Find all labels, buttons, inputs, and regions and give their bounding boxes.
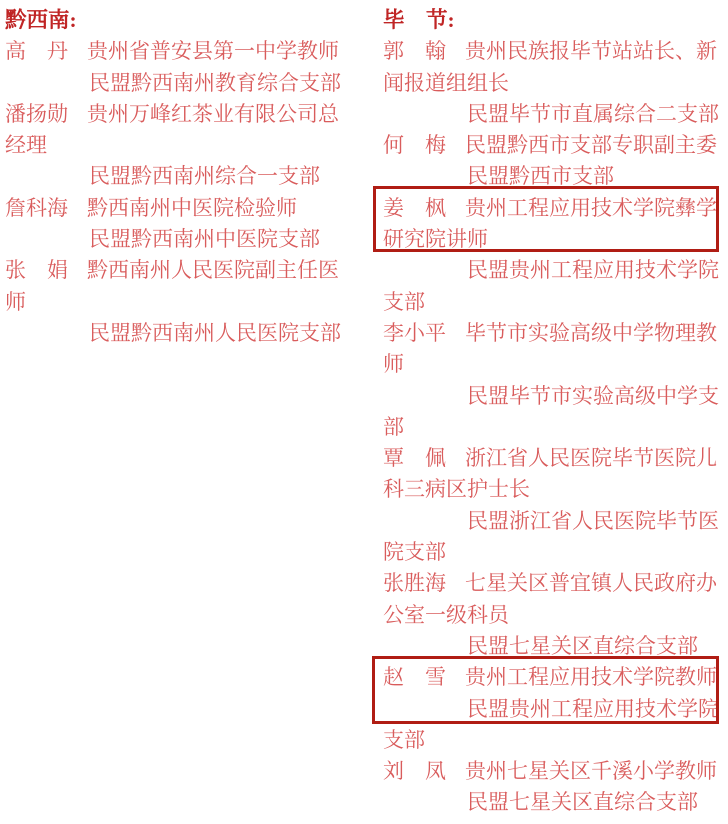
member-name: 姜 枫 <box>383 193 465 224</box>
continuation-line: 部 <box>383 412 728 443</box>
affiliation-line: 民盟七星关区直综合支部 <box>383 787 728 818</box>
entry-row: 詹科海黔西南州中医院检验师 <box>5 193 365 224</box>
entry-row-highlighted: 赵 雪贵州工程应用技术学院教师 <box>383 662 728 693</box>
continuation-line: 经理 <box>5 130 365 161</box>
affiliation-line: 民盟毕节市直属综合二支部 <box>383 99 728 130</box>
affiliation-line: 民盟贵州工程应用技术学院 <box>383 255 728 286</box>
member-position: 贵州省普安县第一中学教师 <box>87 39 339 63</box>
member-name: 赵 雪 <box>383 662 465 693</box>
affiliation-line: 民盟黔西南州中医院支部 <box>5 224 365 255</box>
continuation-line: 支部 <box>383 725 728 756</box>
member-name: 何 梅 <box>383 130 465 161</box>
entry-row: 李小平毕节市实验高级中学物理教 <box>383 318 728 349</box>
affiliation-line: 民盟贵州工程应用技术学院 <box>383 694 728 725</box>
continuation-line: 科三病区护士长 <box>383 474 728 505</box>
document-page: 黔西南: 高 丹贵州省普安县第一中学教师 民盟黔西南州教育综合支部 潘扬勋贵州万… <box>0 0 728 824</box>
member-position: 贵州民族报毕节站站长、新 <box>465 39 717 63</box>
section-bijie: 毕 节: 郭 翰贵州民族报毕节站站长、新 闻报道组组长 民盟毕节市直属综合二支部… <box>383 5 728 819</box>
affiliation-line: 民盟黔西市支部 <box>383 161 728 192</box>
section-qianxinan: 黔西南: 高 丹贵州省普安县第一中学教师 民盟黔西南州教育综合支部 潘扬勋贵州万… <box>5 5 365 349</box>
entry-row: 潘扬勋贵州万峰红茶业有限公司总 <box>5 99 365 130</box>
member-position: 贵州万峰红茶业有限公司总 <box>87 102 339 126</box>
affiliation-line: 民盟浙江省人民医院毕节医 <box>383 506 728 537</box>
section-header-bijie: 毕 节: <box>383 5 728 36</box>
affiliation-line: 民盟毕节市实验高级中学支 <box>383 381 728 412</box>
member-position: 浙江省人民医院毕节医院儿 <box>465 446 717 470</box>
member-position: 贵州工程应用技术学院教师 <box>465 665 717 689</box>
member-name: 刘 凤 <box>383 756 465 787</box>
continuation-line: 支部 <box>383 287 728 318</box>
entry-row: 刘 凤贵州七星关区千溪小学教师 <box>383 756 728 787</box>
continuation-line: 师 <box>5 287 365 318</box>
affiliation-line: 民盟黔西南州人民医院支部 <box>5 318 365 349</box>
member-position: 贵州七星关区千溪小学教师 <box>465 759 717 783</box>
affiliation-line: 民盟黔西南州综合一支部 <box>5 161 365 192</box>
section-header-qianxinan: 黔西南: <box>5 5 365 36</box>
continuation-line: 公室一级科员 <box>383 600 728 631</box>
member-name: 张胜海 <box>383 568 465 599</box>
entry-row: 张 娟黔西南州人民医院副主任医 <box>5 255 365 286</box>
member-position: 毕节市实验高级中学物理教 <box>465 321 717 345</box>
member-position: 黔西南州中医院检验师 <box>87 196 297 220</box>
continuation-line: 院支部 <box>383 537 728 568</box>
entry-row: 张胜海七星关区普宜镇人民政府办 <box>383 568 728 599</box>
member-name: 詹科海 <box>5 193 87 224</box>
continuation-line: 闻报道组组长 <box>383 68 728 99</box>
member-name: 郭 翰 <box>383 36 465 67</box>
member-name: 潘扬勋 <box>5 99 87 130</box>
member-name: 张 娟 <box>5 255 87 286</box>
entry-row: 高 丹贵州省普安县第一中学教师 <box>5 36 365 67</box>
continuation-line: 师 <box>383 349 728 380</box>
continuation-line: 研究院讲师 <box>383 224 728 255</box>
entry-row: 何 梅民盟黔西市支部专职副主委 <box>383 130 728 161</box>
entry-row: 郭 翰贵州民族报毕节站站长、新 <box>383 36 728 67</box>
member-name: 覃 佩 <box>383 443 465 474</box>
member-name: 高 丹 <box>5 36 87 67</box>
member-position: 七星关区普宜镇人民政府办 <box>465 571 717 595</box>
entry-row: 覃 佩浙江省人民医院毕节医院儿 <box>383 443 728 474</box>
affiliation-line: 民盟黔西南州教育综合支部 <box>5 68 365 99</box>
member-name: 李小平 <box>383 318 465 349</box>
member-position: 黔西南州人民医院副主任医 <box>87 258 339 282</box>
entry-row-highlighted: 姜 枫贵州工程应用技术学院彝学 <box>383 193 728 224</box>
affiliation-line: 民盟七星关区直综合支部 <box>383 631 728 662</box>
member-position: 民盟黔西市支部专职副主委 <box>465 133 717 157</box>
member-position: 贵州工程应用技术学院彝学 <box>465 196 717 220</box>
